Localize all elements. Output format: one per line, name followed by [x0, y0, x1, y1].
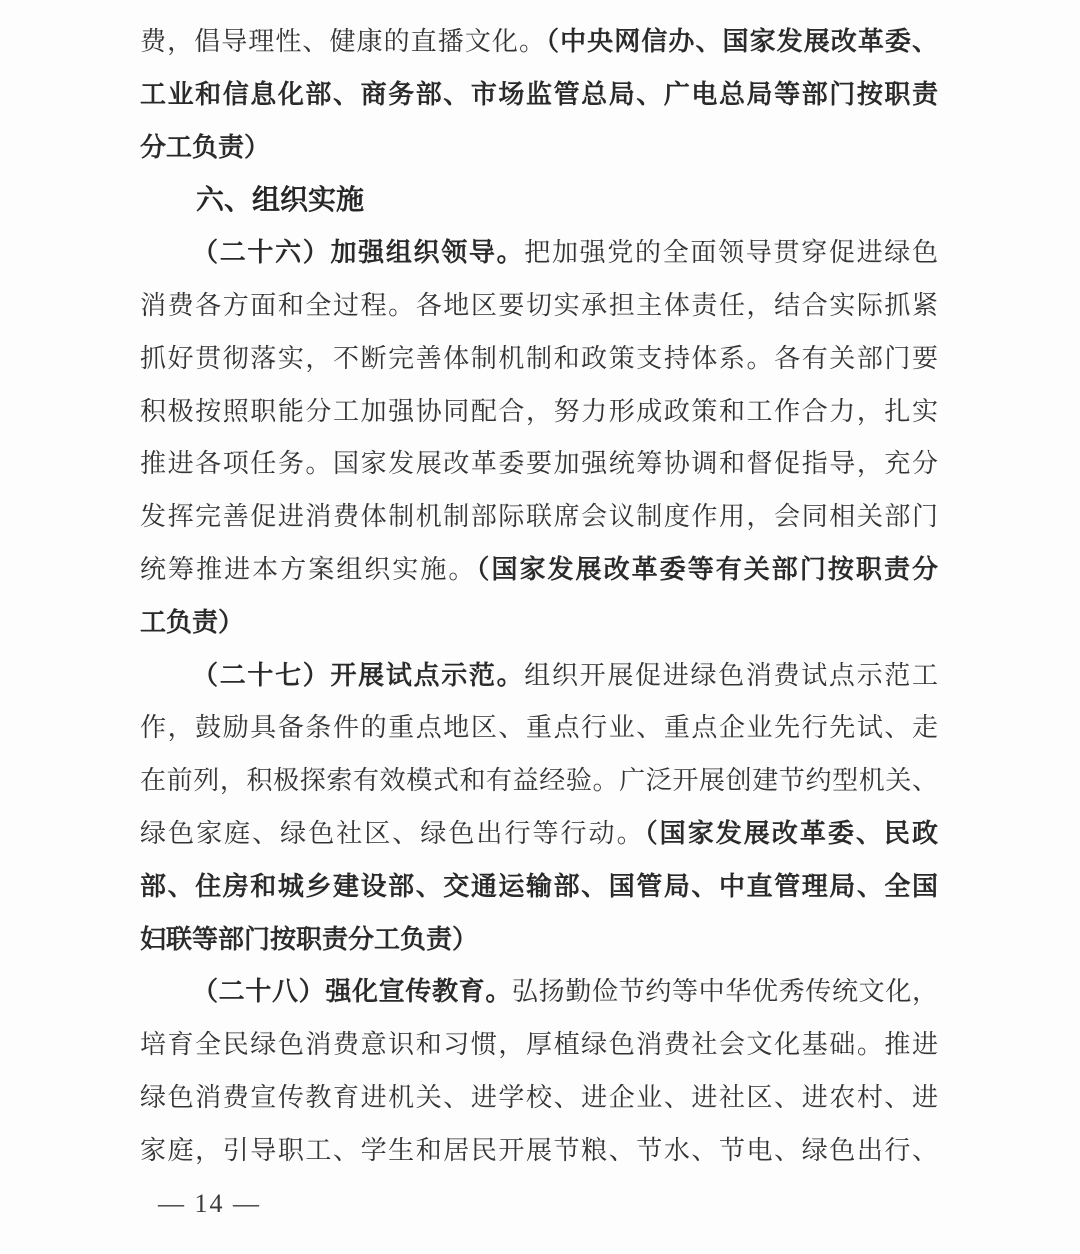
text-segment: 在前列，积极探索有效模式和有益经验。广泛开展创建节约型机关、 [140, 766, 938, 795]
text-segment: 弘扬勤俭节约等中华优秀传统文化， [512, 977, 938, 1006]
text-line: 部、住房和城乡建设部、交通运输部、国管局、中直管理局、全国 [140, 861, 938, 914]
department-attribution: （国家发展改革委等有关部门按职责分 [476, 555, 938, 584]
document-page: 费，倡导理性、健康的直播文化。（中央网信办、国家发展改革委、 工业和信息化部、商… [0, 0, 1080, 1254]
text-line: （二十七）开展试点示范。组织开展促进绿色消费试点示范工 [140, 650, 938, 703]
text-line: 绿色家庭、绿色社区、绿色出行等行动。（国家发展改革委、民政 [140, 808, 938, 861]
document-body: 费，倡导理性、健康的直播文化。（中央网信办、国家发展改革委、 工业和信息化部、商… [0, 0, 1080, 1178]
page-number: — 14 — [0, 1184, 1080, 1224]
department-attribution: 妇联等部门按职责分工负责） [140, 925, 478, 954]
text-line: 消费各方面和全过程。各地区要切实承担主体责任，结合实际抓紧 [140, 280, 938, 333]
paragraph-lead-in: （二十七）开展试点示范。 [192, 661, 524, 690]
text-line: （二十八）强化宣传教育。弘扬勤俭节约等中华优秀传统文化， [140, 966, 938, 1019]
text-line: 推进各项任务。国家发展改革委要加强统筹协调和督促指导，充分 [140, 438, 938, 491]
text-segment: 组织开展促进绿色消费试点示范工 [524, 661, 938, 690]
text-line: 作，鼓励具备条件的重点地区、重点行业、重点企业先行先试、走 [140, 702, 938, 755]
text-line: 绿色消费宣传教育进机关、进学校、进企业、进社区、进农村、进 [140, 1072, 938, 1125]
text-line: 发挥完善促进消费体制机制部际联席会议制度作用，会同相关部门 [140, 491, 938, 544]
text-segment: 积极按照职能分工加强协同配合，努力形成政策和工作合力，扎实 [140, 397, 938, 426]
text-line: 工业和信息化部、商务部、市场监管总局、广电总局等部门按职责 [140, 69, 938, 122]
text-segment: 统筹推进本方案组织实施。 [140, 555, 476, 584]
text-segment: 发挥完善促进消费体制机制部际联席会议制度作用，会同相关部门 [140, 502, 938, 531]
department-attribution: 分工负责） [140, 133, 270, 162]
text-line: 抓好贯彻落实，不断完善体制机制和政策支持体系。各有关部门要 [140, 333, 938, 386]
text-line: 分工负责） [140, 122, 938, 175]
text-segment: 作，鼓励具备条件的重点地区、重点行业、重点企业先行先试、走 [140, 713, 938, 742]
department-attribution: 工负责） [140, 608, 244, 637]
text-segment: 抓好贯彻落实，不断完善体制机制和政策支持体系。各有关部门要 [140, 344, 938, 373]
text-line: 家庭，引导职工、学生和居民开展节粮、节水、节电、绿色出行、 [140, 1125, 938, 1178]
text-line: 积极按照职能分工加强协同配合，努力形成政策和工作合力，扎实 [140, 386, 938, 439]
text-line: 费，倡导理性、健康的直播文化。（中央网信办、国家发展改革委、 [140, 16, 938, 69]
text-segment: 培育全民绿色消费意识和习惯，厚植绿色消费社会文化基础。推进 [140, 1030, 938, 1059]
text-segment: 费，倡导理性、健康的直播文化。 [140, 27, 546, 56]
text-segment: 推进各项任务。国家发展改革委要加强统筹协调和督促指导，充分 [140, 449, 938, 478]
text-line: 统筹推进本方案组织实施。（国家发展改革委等有关部门按职责分 [140, 544, 938, 597]
text-segment: 消费各方面和全过程。各地区要切实承担主体责任，结合实际抓紧 [140, 291, 938, 320]
text-line: 妇联等部门按职责分工负责） [140, 914, 938, 967]
text-segment: 把加强党的全面领导贯穿促进绿色 [524, 238, 938, 267]
text-segment: 家庭，引导职工、学生和居民开展节粮、节水、节电、绿色出行、 [140, 1136, 938, 1165]
department-attribution: （中央网信办、国家发展改革委、 [546, 27, 938, 56]
text-line: 培育全民绿色消费意识和习惯，厚植绿色消费社会文化基础。推进 [140, 1019, 938, 1072]
department-attribution: 部、住房和城乡建设部、交通运输部、国管局、中直管理局、全国 [140, 872, 938, 901]
section-heading: 六、组织实施 [140, 174, 938, 227]
paragraph-lead-in: （二十八）强化宣传教育。 [192, 977, 512, 1006]
department-attribution: （国家发展改革委、民政 [645, 819, 938, 848]
text-line: （二十六）加强组织领导。把加强党的全面领导贯穿促进绿色 [140, 227, 938, 280]
text-line: 工负责） [140, 597, 938, 650]
paragraph-lead-in: （二十六）加强组织领导。 [192, 238, 524, 267]
text-segment: 绿色家庭、绿色社区、绿色出行等行动。 [140, 819, 645, 848]
text-segment: 绿色消费宣传教育进机关、进学校、进企业、进社区、进农村、进 [140, 1083, 938, 1112]
department-attribution: 工业和信息化部、商务部、市场监管总局、广电总局等部门按职责 [140, 80, 938, 109]
text-line: 在前列，积极探索有效模式和有益经验。广泛开展创建节约型机关、 [140, 755, 938, 808]
